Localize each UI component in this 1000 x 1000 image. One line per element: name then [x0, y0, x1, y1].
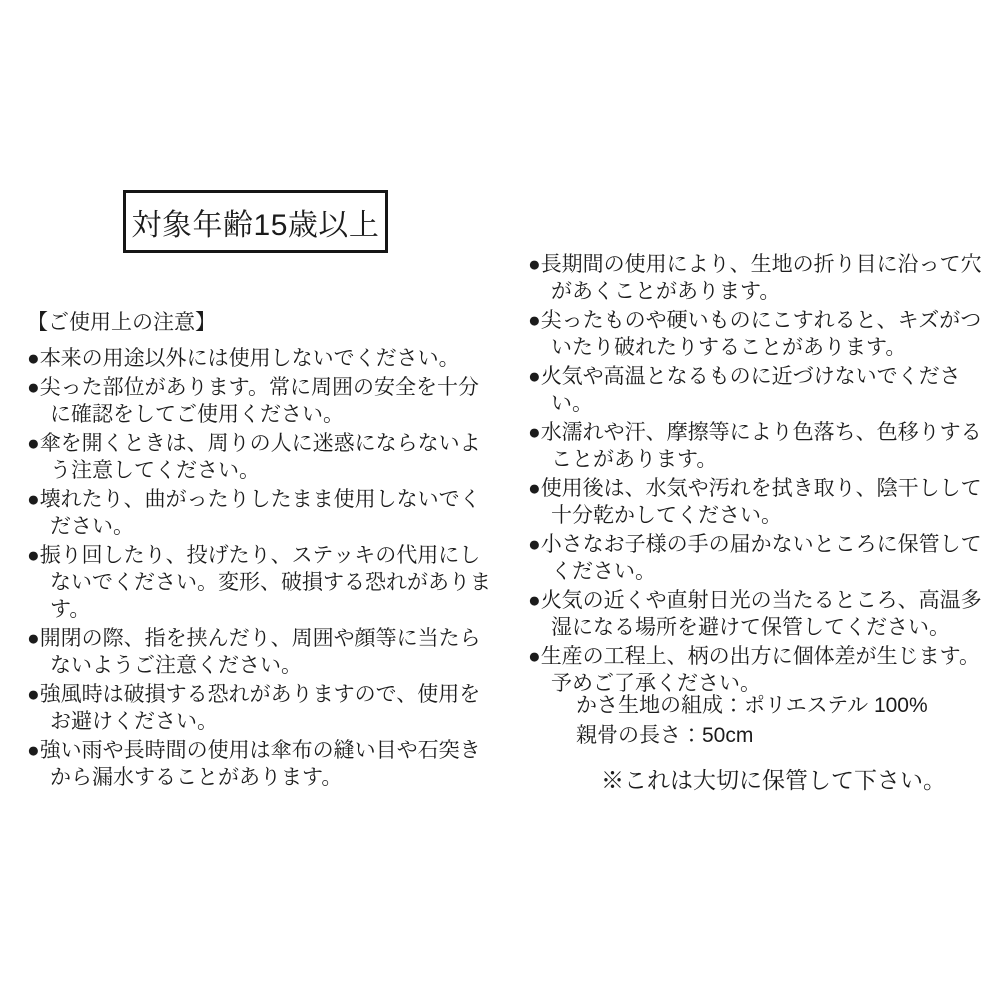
caution-item: ●使用後は、水気や汚れを拭き取り、陰干しして十分乾かしてください。	[528, 475, 998, 529]
bullet-icon: ●	[27, 739, 40, 762]
bullet-icon: ●	[27, 376, 40, 399]
caution-item: ●本来の用途以外には使用しないでください。	[27, 345, 493, 372]
caution-text: 生産の工程上、柄の出方に個体差が生じます。予めご了承ください。	[541, 645, 980, 695]
caution-list-right: ●長期間の使用により、生地の折り目に沿って穴があくことがあります。 ●尖ったもの…	[528, 251, 998, 697]
usage-notes-heading: 【ご使用上の注意】	[27, 309, 493, 336]
bullet-icon: ●	[27, 544, 40, 567]
caution-item: ●生産の工程上、柄の出方に個体差が生じます。予めご了承ください。	[528, 643, 998, 697]
storage-note: ※これは大切に保管して下さい。	[601, 762, 946, 795]
caution-text: 振り回したり、投げたり、ステッキの代用にしないでください。変形、破損する恐れがあ…	[40, 544, 491, 621]
caution-text: 傘を開くときは、周りの人に迷惑にならないよう注意してください。	[40, 432, 481, 482]
caution-text: 小さなお子様の手の届かないところに保管してください。	[541, 533, 982, 583]
care-notes-section: ●長期間の使用により、生地の折り目に沿って穴があくことがあります。 ●尖ったもの…	[528, 251, 998, 699]
bullet-icon: ●	[27, 627, 40, 650]
product-specs: かさ生地の組成：ポリエステル 100% 親骨の長さ：50cm	[576, 691, 928, 751]
caution-text: 強風時は破損する恐れがありますので、使用をお避けください。	[40, 683, 481, 733]
caution-item: ●尖った部位があります。常に周囲の安全を十分に確認をしてご使用ください。	[27, 374, 493, 428]
caution-item: ●長期間の使用により、生地の折り目に沿って穴があくことがあります。	[528, 251, 998, 305]
caution-text: 水濡れや汗、摩擦等により色落ち、色移りすることがあります。	[541, 421, 982, 471]
bullet-icon: ●	[27, 432, 40, 455]
caution-item: ●開閉の際、指を挟んだり、周囲や顔等に当たらないようご注意ください。	[27, 625, 493, 679]
bullet-icon: ●	[528, 253, 541, 276]
caution-text: 火気の近くや直射日光の当たるところ、高温多湿になる場所を避けて保管してください。	[541, 589, 982, 639]
caution-text: 尖った部位があります。常に周囲の安全を十分に確認をしてご使用ください。	[40, 376, 479, 426]
age-limit-text: 対象年齢15歳以上	[132, 200, 380, 244]
rib-length: 親骨の長さ：50cm	[576, 721, 928, 751]
bullet-icon: ●	[27, 683, 40, 706]
caution-text: 火気や高温となるものに近づけないでください。	[541, 365, 961, 415]
age-limit-box: 対象年齢15歳以上	[123, 190, 388, 253]
bullet-icon: ●	[528, 589, 541, 612]
bullet-icon: ●	[27, 347, 40, 370]
bullet-icon: ●	[27, 488, 40, 511]
fabric-composition: かさ生地の組成：ポリエステル 100%	[576, 691, 928, 721]
bullet-icon: ●	[528, 477, 541, 500]
caution-item: ●水濡れや汗、摩擦等により色落ち、色移りすることがあります。	[528, 419, 998, 473]
bullet-icon: ●	[528, 365, 541, 388]
caution-item: ●強い雨や長時間の使用は傘布の縫い目や石突きから漏水することがあります。	[27, 737, 493, 791]
caution-text: 使用後は、水気や汚れを拭き取り、陰干しして十分乾かしてください。	[541, 477, 982, 527]
usage-notes-section: 【ご使用上の注意】 ●本来の用途以外には使用しないでください。 ●尖った部位があ…	[27, 309, 493, 793]
caution-item: ●壊れたり、曲がったりしたまま使用しないでください。	[27, 486, 493, 540]
caution-item: ●小さなお子様の手の届かないところに保管してください。	[528, 531, 998, 585]
caution-text: 尖ったものや硬いものにこすれると、キズがついたり破れたりすることがあります。	[541, 309, 982, 359]
caution-item: ●尖ったものや硬いものにこすれると、キズがついたり破れたりすることがあります。	[528, 307, 998, 361]
bullet-icon: ●	[528, 533, 541, 556]
caution-text: 長期間の使用により、生地の折り目に沿って穴があくことがあります。	[541, 253, 982, 303]
caution-text: 開閉の際、指を挟んだり、周囲や顔等に当たらないようご注意ください。	[40, 627, 481, 677]
bullet-icon: ●	[528, 645, 541, 668]
caution-text: 本来の用途以外には使用しないでください。	[40, 347, 460, 370]
caution-item: ●火気の近くや直射日光の当たるところ、高温多湿になる場所を避けて保管してください…	[528, 587, 998, 641]
bullet-icon: ●	[528, 421, 541, 444]
caution-item: ●傘を開くときは、周りの人に迷惑にならないよう注意してください。	[27, 430, 493, 484]
caution-label-page: 対象年齢15歳以上 【ご使用上の注意】 ●本来の用途以外には使用しないでください…	[0, 0, 1000, 1000]
caution-text: 壊れたり、曲がったりしたまま使用しないでください。	[40, 488, 481, 538]
bullet-icon: ●	[528, 309, 541, 332]
caution-list-left: ●本来の用途以外には使用しないでください。 ●尖った部位があります。常に周囲の安…	[27, 345, 493, 791]
caution-item: ●振り回したり、投げたり、ステッキの代用にしないでください。変形、破損する恐れが…	[27, 542, 493, 623]
caution-item: ●強風時は破損する恐れがありますので、使用をお避けください。	[27, 681, 493, 735]
caution-item: ●火気や高温となるものに近づけないでください。	[528, 363, 998, 417]
caution-text: 強い雨や長時間の使用は傘布の縫い目や石突きから漏水することがあります。	[40, 739, 481, 789]
